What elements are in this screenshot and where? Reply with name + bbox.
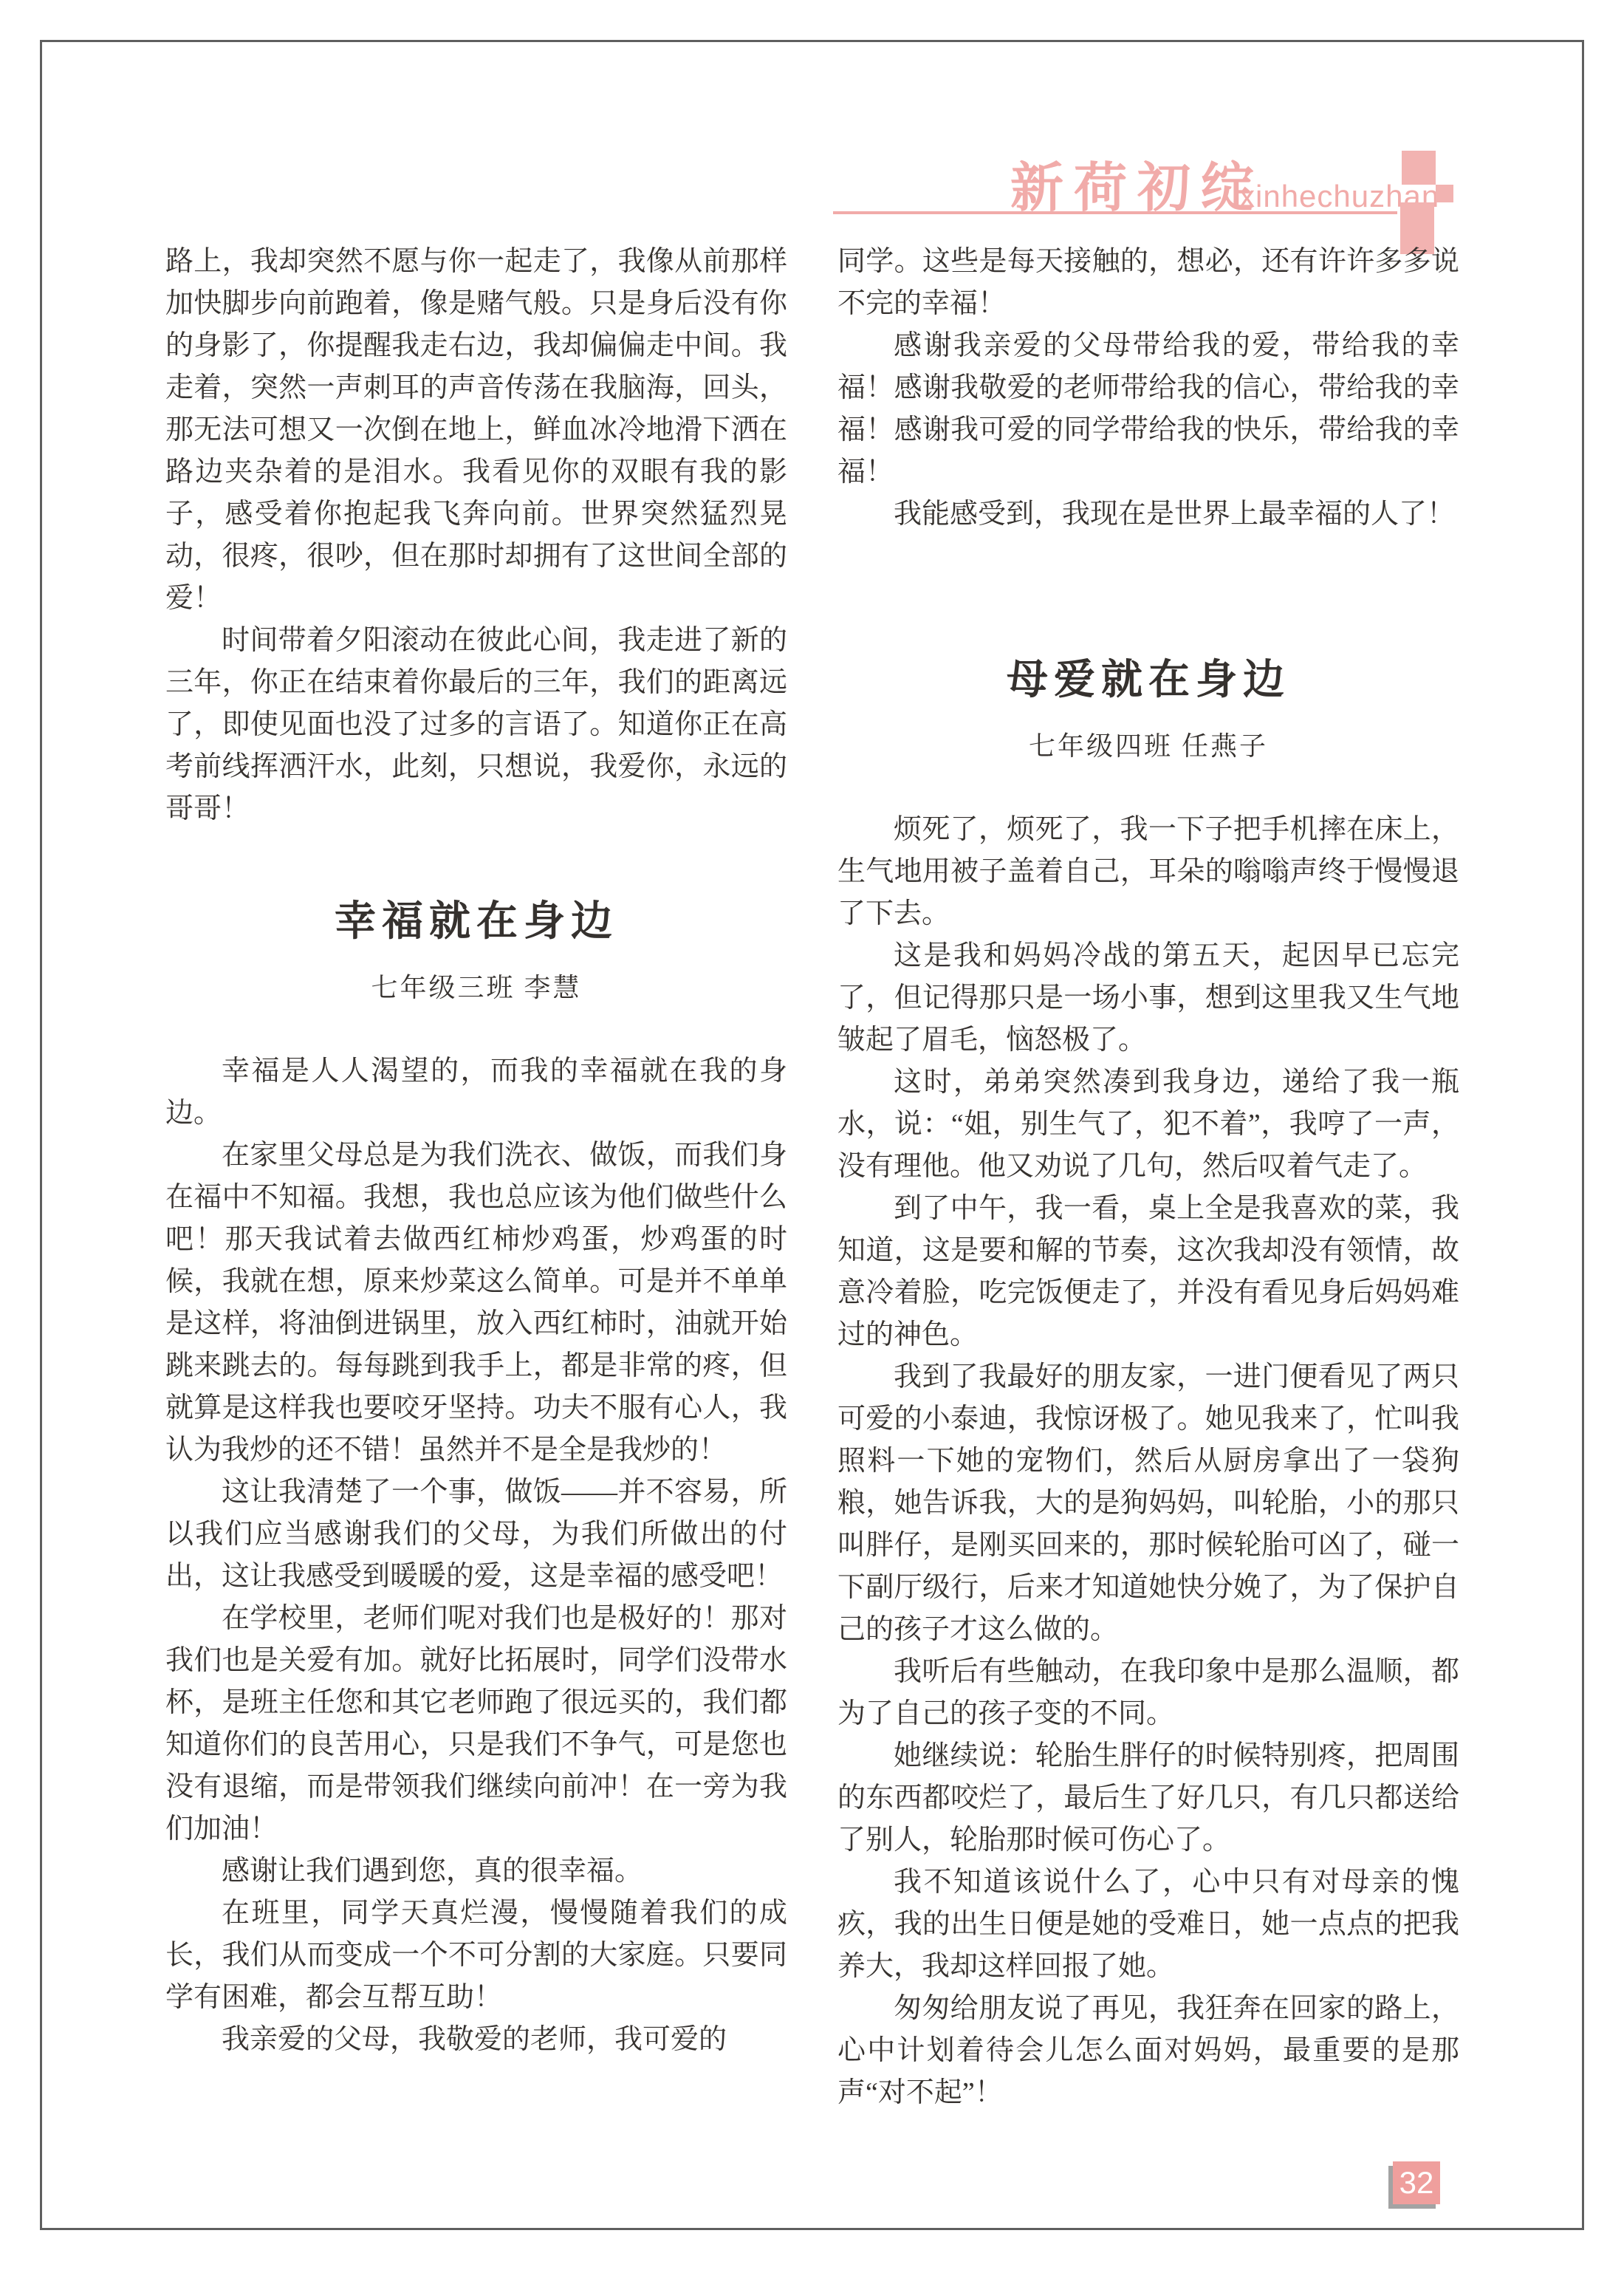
body-paragraph: 她继续说：轮胎生胖仔的时候特别疼，把周围的东西都咬烂了，最后生了好几只，有几只都… [837, 1735, 1459, 1862]
header-underline [833, 211, 1397, 214]
body-paragraph: 我听后有些触动，在我印象中是那么温顺，都为了自己的孩子变的不同。 [837, 1651, 1459, 1735]
article-title: 幸福就在身边 [165, 901, 787, 943]
body-paragraph: 我能感受到，我现在是世界上最幸福的人了！ [837, 493, 1459, 536]
article-title: 母爱就在身边 [837, 660, 1459, 702]
page-number-badge: 32 [1393, 2161, 1440, 2204]
body-paragraph: 这让我清楚了一个事，做饭——并不容易，所以我们应当感谢我们的父母，为我们所做出的… [165, 1471, 787, 1598]
body-paragraph: 幸福是人人渴望的，而我的幸福就在我的身边。 [165, 1050, 787, 1135]
body-paragraph: 到了中午，我一看，桌上全是我喜欢的菜，我知道，这是要和解的节奏，这次我却没有领情… [837, 1188, 1459, 1356]
body-paragraph: 烦死了，烦死了，我一下子把手机摔在床上，生气地用被子盖着自己，耳朵的嗡嗡声终于慢… [837, 809, 1459, 935]
body-paragraph: 时间带着夕阳滚动在彼此心间，我走进了新的三年，你正在结束着你最后的三年，我们的距… [165, 620, 787, 830]
left-column: 路上，我却突然不愿与你一起走了，我像从前那样加快脚步向前跑着，像是赌气般。只是身… [165, 241, 787, 2061]
header-title: 新荷初绽 [1010, 145, 1264, 222]
magazine-page: 新荷初绽 xinhechuzhan 路上，我却突然不愿与你一起走了，我像从前那样… [0, 0, 1624, 2270]
body-paragraph: 感谢我亲爱的父母带给我的爱，带给我的幸福！感谢我敬爱的老师带给我的信心，带给我的… [837, 325, 1459, 493]
body-paragraph: 我亲爱的父母，我敬爱的老师，我可爱的 [165, 2019, 787, 2061]
body-paragraph: 我不知道该说什么了，心中只有对母亲的愧疚，我的出生日便是她的受难日，她一点点的把… [837, 1862, 1459, 1988]
body-paragraph: 在学校里，老师们呢对我们也是极好的！那对我们也是关爱有加。就好比拓展时，同学们没… [165, 1598, 787, 1850]
body-paragraph: 这时，弟弟突然凑到我身边，递给了我一瓶水，说：“姐，别生气了，犯不着”，我哼了一… [837, 1062, 1459, 1188]
article-byline: 七年级四班 任燕子 [837, 725, 1459, 768]
body-paragraph: 在家里父母总是为我们洗衣、做饭，而我们身在福中不知福。我想，我也总应该为他们做些… [165, 1135, 787, 1471]
decor-square [1402, 151, 1436, 185]
decor-square [1436, 185, 1453, 202]
article-body: 烦死了，烦死了，我一下子把手机摔在床上，生气地用被子盖着自己，耳朵的嗡嗡声终于慢… [837, 809, 1459, 2114]
body-paragraph: 匆匆给朋友说了再见，我狂奔在回家的路上，心中计划着待会儿怎么面对妈妈，最重要的是… [837, 1988, 1459, 2114]
body-paragraph: 同学。这些是每天接触的，想必，还有许许多多说不完的幸福！ [837, 241, 1459, 325]
right-column: 同学。这些是每天接触的，想必，还有许许多多说不完的幸福！ 感谢我亲爱的父母带给我… [837, 241, 1459, 2114]
article-byline: 七年级三班 李慧 [165, 967, 787, 1009]
article-body: 幸福是人人渴望的，而我的幸福就在我的身边。 在家里父母总是为我们洗衣、做饭，而我… [165, 1050, 787, 2061]
body-paragraph: 我到了我最好的朋友家，一进门便看见了两只可爱的小泰迪，我惊讶极了。她见我来了，忙… [837, 1356, 1459, 1651]
body-paragraph: 感谢让我们遇到您，真的很幸福。 [165, 1850, 787, 1893]
body-paragraph: 这是我和妈妈冷战的第五天，起因早已忘完了，但记得那只是一场小事，想到这里我又生气… [837, 935, 1459, 1062]
body-paragraph: 在班里，同学天真烂漫，慢慢随着我们的成长，我们从而变成一个不可分割的大家庭。只要… [165, 1893, 787, 2019]
header-decor-squares-icon [1400, 151, 1453, 256]
body-paragraph: 路上，我却突然不愿与你一起走了，我像从前那样加快脚步向前跑着，像是赌气般。只是身… [165, 241, 787, 620]
